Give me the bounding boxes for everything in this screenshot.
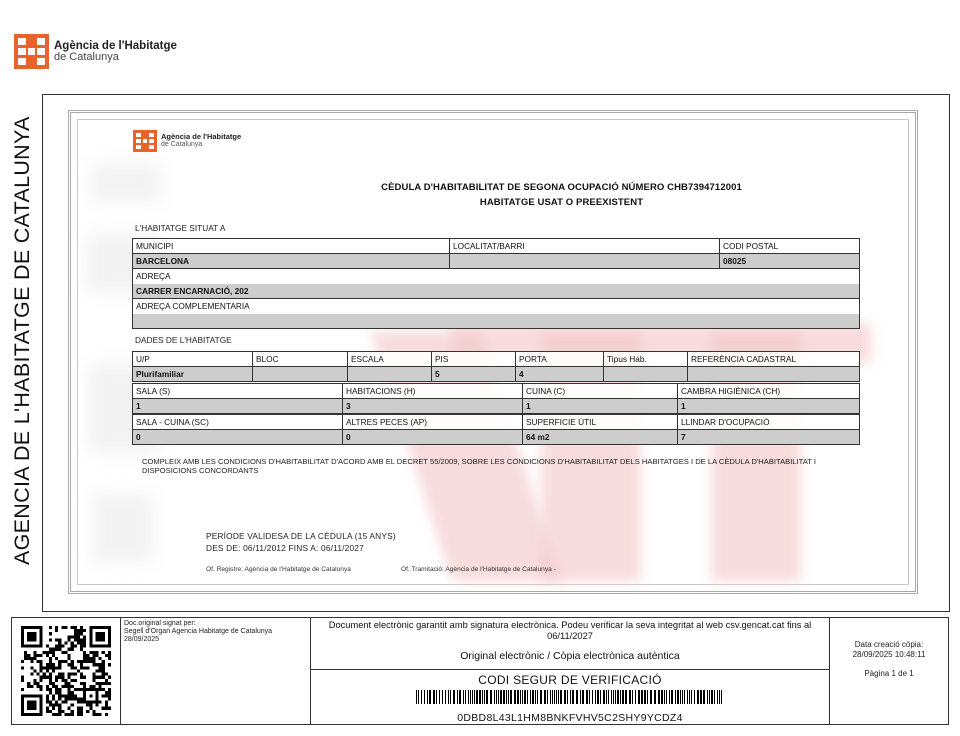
- dwelling-field-value: 64 m2: [523, 430, 678, 445]
- adreca-label: ADREÇA: [133, 269, 860, 284]
- dwelling-field-label: CUINA (C): [523, 384, 678, 399]
- verification-notice: Document electrònic garantit amb signatu…: [329, 620, 811, 641]
- dwelling-field-value: 1: [133, 399, 343, 414]
- page-indicator: Pàgina 1 de 1: [830, 669, 948, 679]
- dwelling-field-label: HABITACIONS (H): [343, 384, 523, 399]
- dwelling-field-label: PORTA: [516, 352, 604, 367]
- adreca-value: CARRER ENCARNACIÓ, 202: [133, 284, 860, 299]
- dwelling-field-value: [604, 367, 688, 382]
- dwelling-field-label: ALTRES PECES (AP): [343, 415, 523, 430]
- dwelling-field-value: 3: [343, 399, 523, 414]
- location-section-label: L'HABITATGE SITUAT A: [135, 223, 225, 233]
- dwelling-field-label: REFERÈNCIA CADASTRAL: [688, 352, 860, 367]
- signed-date: 28/09/2025: [124, 636, 307, 644]
- creation-datetime: 28/09/2025 10:48:11: [830, 650, 948, 660]
- dwelling-field-value: 7: [678, 430, 860, 445]
- qr-code-icon[interactable]: [21, 626, 111, 716]
- copy-info: Data creació còpia: 28/09/2025 10:48:11 …: [830, 618, 948, 724]
- dwelling-field-value: [348, 367, 432, 382]
- localitat-value: [450, 254, 720, 269]
- dwelling-field-value: Plurifamiliar: [133, 367, 253, 382]
- dwelling-field-value: 4: [516, 367, 604, 382]
- signed-by: Segell d'Organ Agencia Habitatge de Cata…: [124, 628, 307, 636]
- document-logo-subtitle: de Catalunya: [161, 141, 241, 148]
- codi-postal-label: CODI POSTAL: [720, 239, 860, 254]
- dwelling-field-label: SUPERFICIE ÚTIL: [523, 415, 678, 430]
- qr-code-cell: [12, 618, 121, 724]
- dwelling-field-label: SALA - CUINA (SC): [133, 415, 343, 430]
- csv-title: CODI SEGUR DE VERIFICACIÓ: [311, 673, 829, 687]
- agency-header-logo: Agència de l'Habitatge de Catalunya: [14, 34, 177, 69]
- dwelling-data-table-row1: U/PBLOCESCALAPISPORTATipus Hab.REFERÈNCI…: [132, 351, 860, 382]
- document-logo: Agència de l'Habitatge de Catalunya: [133, 130, 241, 152]
- document-logo-title: Agència de l'Habitatge: [161, 133, 241, 141]
- dwelling-field-label: SALA (S): [133, 384, 343, 399]
- dwelling-field-value: 0: [343, 430, 523, 445]
- certificate-title: CÈDULA D'HABITABILITAT DE SEGONA OCUPACI…: [71, 182, 915, 193]
- location-table: MUNICIPI LOCALITAT/BARRI CODI POSTAL BAR…: [132, 238, 860, 329]
- registry-office: Of. Registre: Agència de l'Habitatge de …: [206, 566, 351, 573]
- municipi-value: BARCELONA: [133, 254, 450, 269]
- dades-section-label: DADES DE L'HABITATGE: [135, 335, 232, 345]
- dwelling-field-value: 1: [523, 399, 678, 414]
- dwelling-field-label: U/P: [133, 352, 253, 367]
- municipi-label: MUNICIPI: [133, 239, 450, 254]
- logo-subtitle: de Catalunya: [54, 52, 177, 64]
- validity-period: PERÍODE VALIDESA DE LA CÈDULA (15 ANYS) …: [206, 530, 396, 554]
- adreca-complementaria-label: ADREÇA COMPLEMENTARIA: [133, 299, 860, 314]
- codi-postal-value: 08025: [720, 254, 860, 269]
- dwelling-field-label: CAMBRA HIGIÈNICA (CH): [678, 384, 860, 399]
- agency-grid-logo-icon: [14, 34, 49, 69]
- habitability-certificate: Agència de l'Habitatge de Catalunya CÈDU…: [68, 110, 918, 594]
- signed-by-label: Doc.original signat per:: [124, 620, 307, 628]
- validity-period-title: PERÍODE VALIDESA DE LA CÈDULA (15 ANYS): [206, 530, 396, 542]
- dwelling-field-label: LLINDAR D'OCUPACIÓ: [678, 415, 860, 430]
- dwelling-field-label: ESCALA: [348, 352, 432, 367]
- side-agency-label: AGENCIA DE L'HABITATGE DE CATALUNYA: [10, 116, 35, 565]
- compliance-statement: COMPLEIX AMB LES CONDICIONS D'HABITABILI…: [142, 457, 862, 475]
- dwelling-field-value: 1: [678, 399, 860, 414]
- dwelling-data-table-row2: SALA (S)HABITACIONS (H)CUINA (C)CAMBRA H…: [132, 383, 860, 414]
- dwelling-field-label: PIS: [432, 352, 516, 367]
- logo-title: Agència de l'Habitatge: [54, 40, 177, 52]
- signature-info: Doc.original signat per: Segell d'Organ …: [121, 618, 311, 724]
- dwelling-field-value: 0: [133, 430, 343, 445]
- adreca-complementaria-value: [133, 314, 860, 329]
- dwelling-field-value: 5: [432, 367, 516, 382]
- dwelling-field-label: BLOC: [253, 352, 348, 367]
- verification-footer: Doc.original signat per: Segell d'Organ …: [11, 617, 949, 725]
- validity-dates: DES DE: 06/11/2012 FINS A: 06/11/2027: [206, 542, 396, 554]
- csv-code: 0DBD8L43L1HM8BNKFVHV5C2SHY9YCDZ4: [311, 712, 829, 724]
- dwelling-field-value: [253, 367, 348, 382]
- agency-grid-logo-icon: [133, 130, 157, 152]
- dwelling-field-value: [688, 367, 860, 382]
- copy-type: Original electrònic / Còpia electrònica …: [311, 651, 829, 662]
- localitat-label: LOCALITAT/BARRI: [450, 239, 720, 254]
- barcode-icon: [416, 690, 724, 704]
- dwelling-field-label: Tipus Hab.: [604, 352, 688, 367]
- dwelling-data-table-row3: SALA - CUINA (SC)ALTRES PECES (AP)SUPERF…: [132, 414, 860, 445]
- verification-panel: Document electrònic garantit amb signatu…: [311, 618, 830, 724]
- certificate-subtitle: HABITATGE USAT O PREEXISTENT: [71, 197, 915, 208]
- processing-office: Of. Tramitació: Agència de l'Habitatge d…: [401, 566, 556, 573]
- creation-label: Data creació còpia:: [830, 640, 948, 650]
